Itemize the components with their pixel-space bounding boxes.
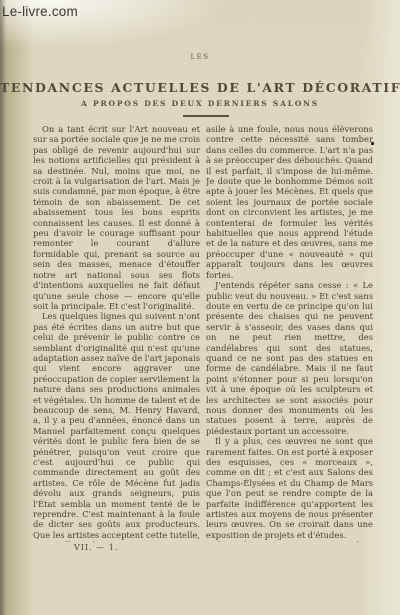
paragraph: asile à une foule, nous nous élèverons c… — [206, 124, 373, 280]
scanned-page: Le-livre.com LES TENDANCES ACTUELLES DE … — [0, 0, 400, 615]
text-column-left: On a tant écrit sur l'Art nouveau et sur… — [33, 124, 200, 542]
paragraph: On a tant écrit sur l'Art nouveau et sur… — [33, 124, 200, 311]
page-subtitle: A PROPOS DES DEUX DERNIERS SALONS — [0, 99, 400, 108]
paragraph: Les quelques lignes qui suivent n'ont pa… — [33, 311, 200, 542]
volume-signature: VII. — 1. — [74, 543, 118, 552]
paragraph: Il y a plus encore. Car c'est ce même pr… — [206, 540, 373, 542]
text-column-right: asile à une foule, nous nous élèverons c… — [206, 124, 373, 542]
paragraph: Il y a plus, ces œuvres ne sont que rare… — [206, 436, 373, 540]
paragraph: J'entends répéter sans cesse : « Le publ… — [206, 280, 373, 436]
ink-speck — [371, 142, 374, 145]
section-divider — [183, 115, 229, 117]
watermark-text: Le-livre.com — [2, 4, 78, 19]
series-label: LES — [0, 53, 400, 61]
page-title: TENDANCES ACTUELLES DE L'ART DÉCORATIF — [0, 80, 400, 95]
